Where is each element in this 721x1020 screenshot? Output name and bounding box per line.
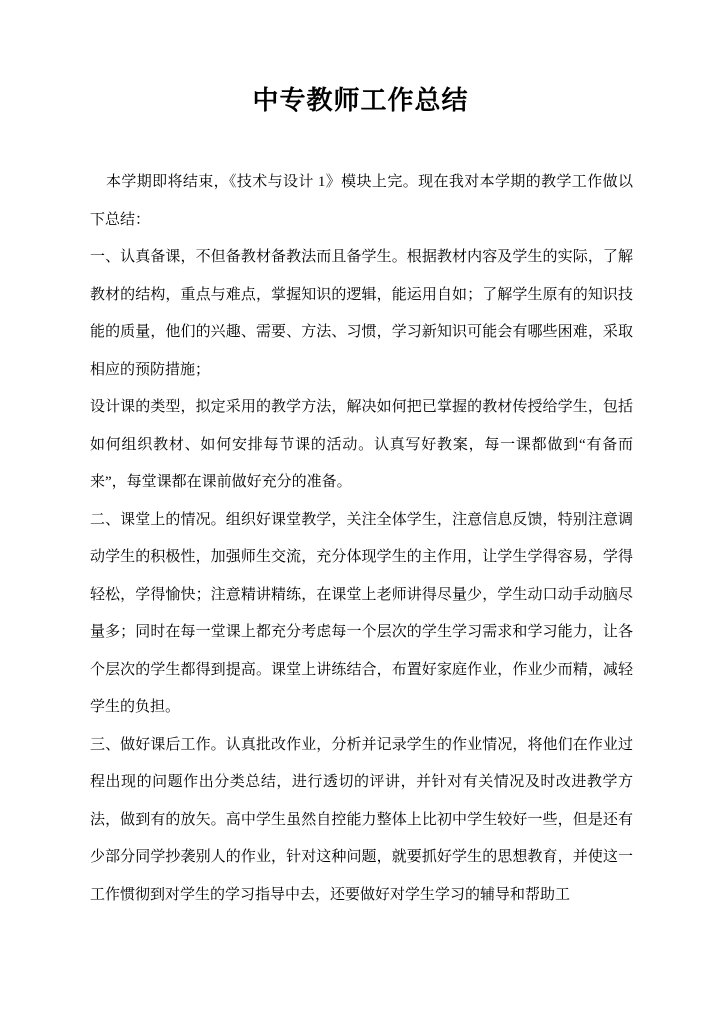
paragraph-section-2: 二、课堂上的情况。组织好课堂教学，关注全体学生，注意信息反馈，特别注意调动学生的… — [90, 502, 633, 727]
paragraph-section-1: 一、认真备课，不但备教材备教法而且备学生。根据教材内容及学生的实际，了解教材的结… — [90, 239, 633, 389]
document-page: 中专教师工作总结 本学期即将结束，《技术与设计 1》模块上完。现在我对本学期的教… — [0, 0, 721, 1020]
document-body: 本学期即将结束，《技术与设计 1》模块上完。现在我对本学期的教学工作做以下总结：… — [90, 164, 633, 914]
paragraph-section-3: 三、做好课后工作。认真批改作业，分析并记录学生的作业情况，将他们在作业过程出现的… — [90, 727, 633, 915]
paragraph-intro: 本学期即将结束，《技术与设计 1》模块上完。现在我对本学期的教学工作做以下总结： — [90, 164, 633, 239]
paragraph-section-1-continued: 设计课的类型，拟定采用的教学方法，解决如何把已掌握的教材传授给学生，包括如何组织… — [90, 389, 633, 502]
document-title: 中专教师工作总结 — [0, 0, 721, 118]
